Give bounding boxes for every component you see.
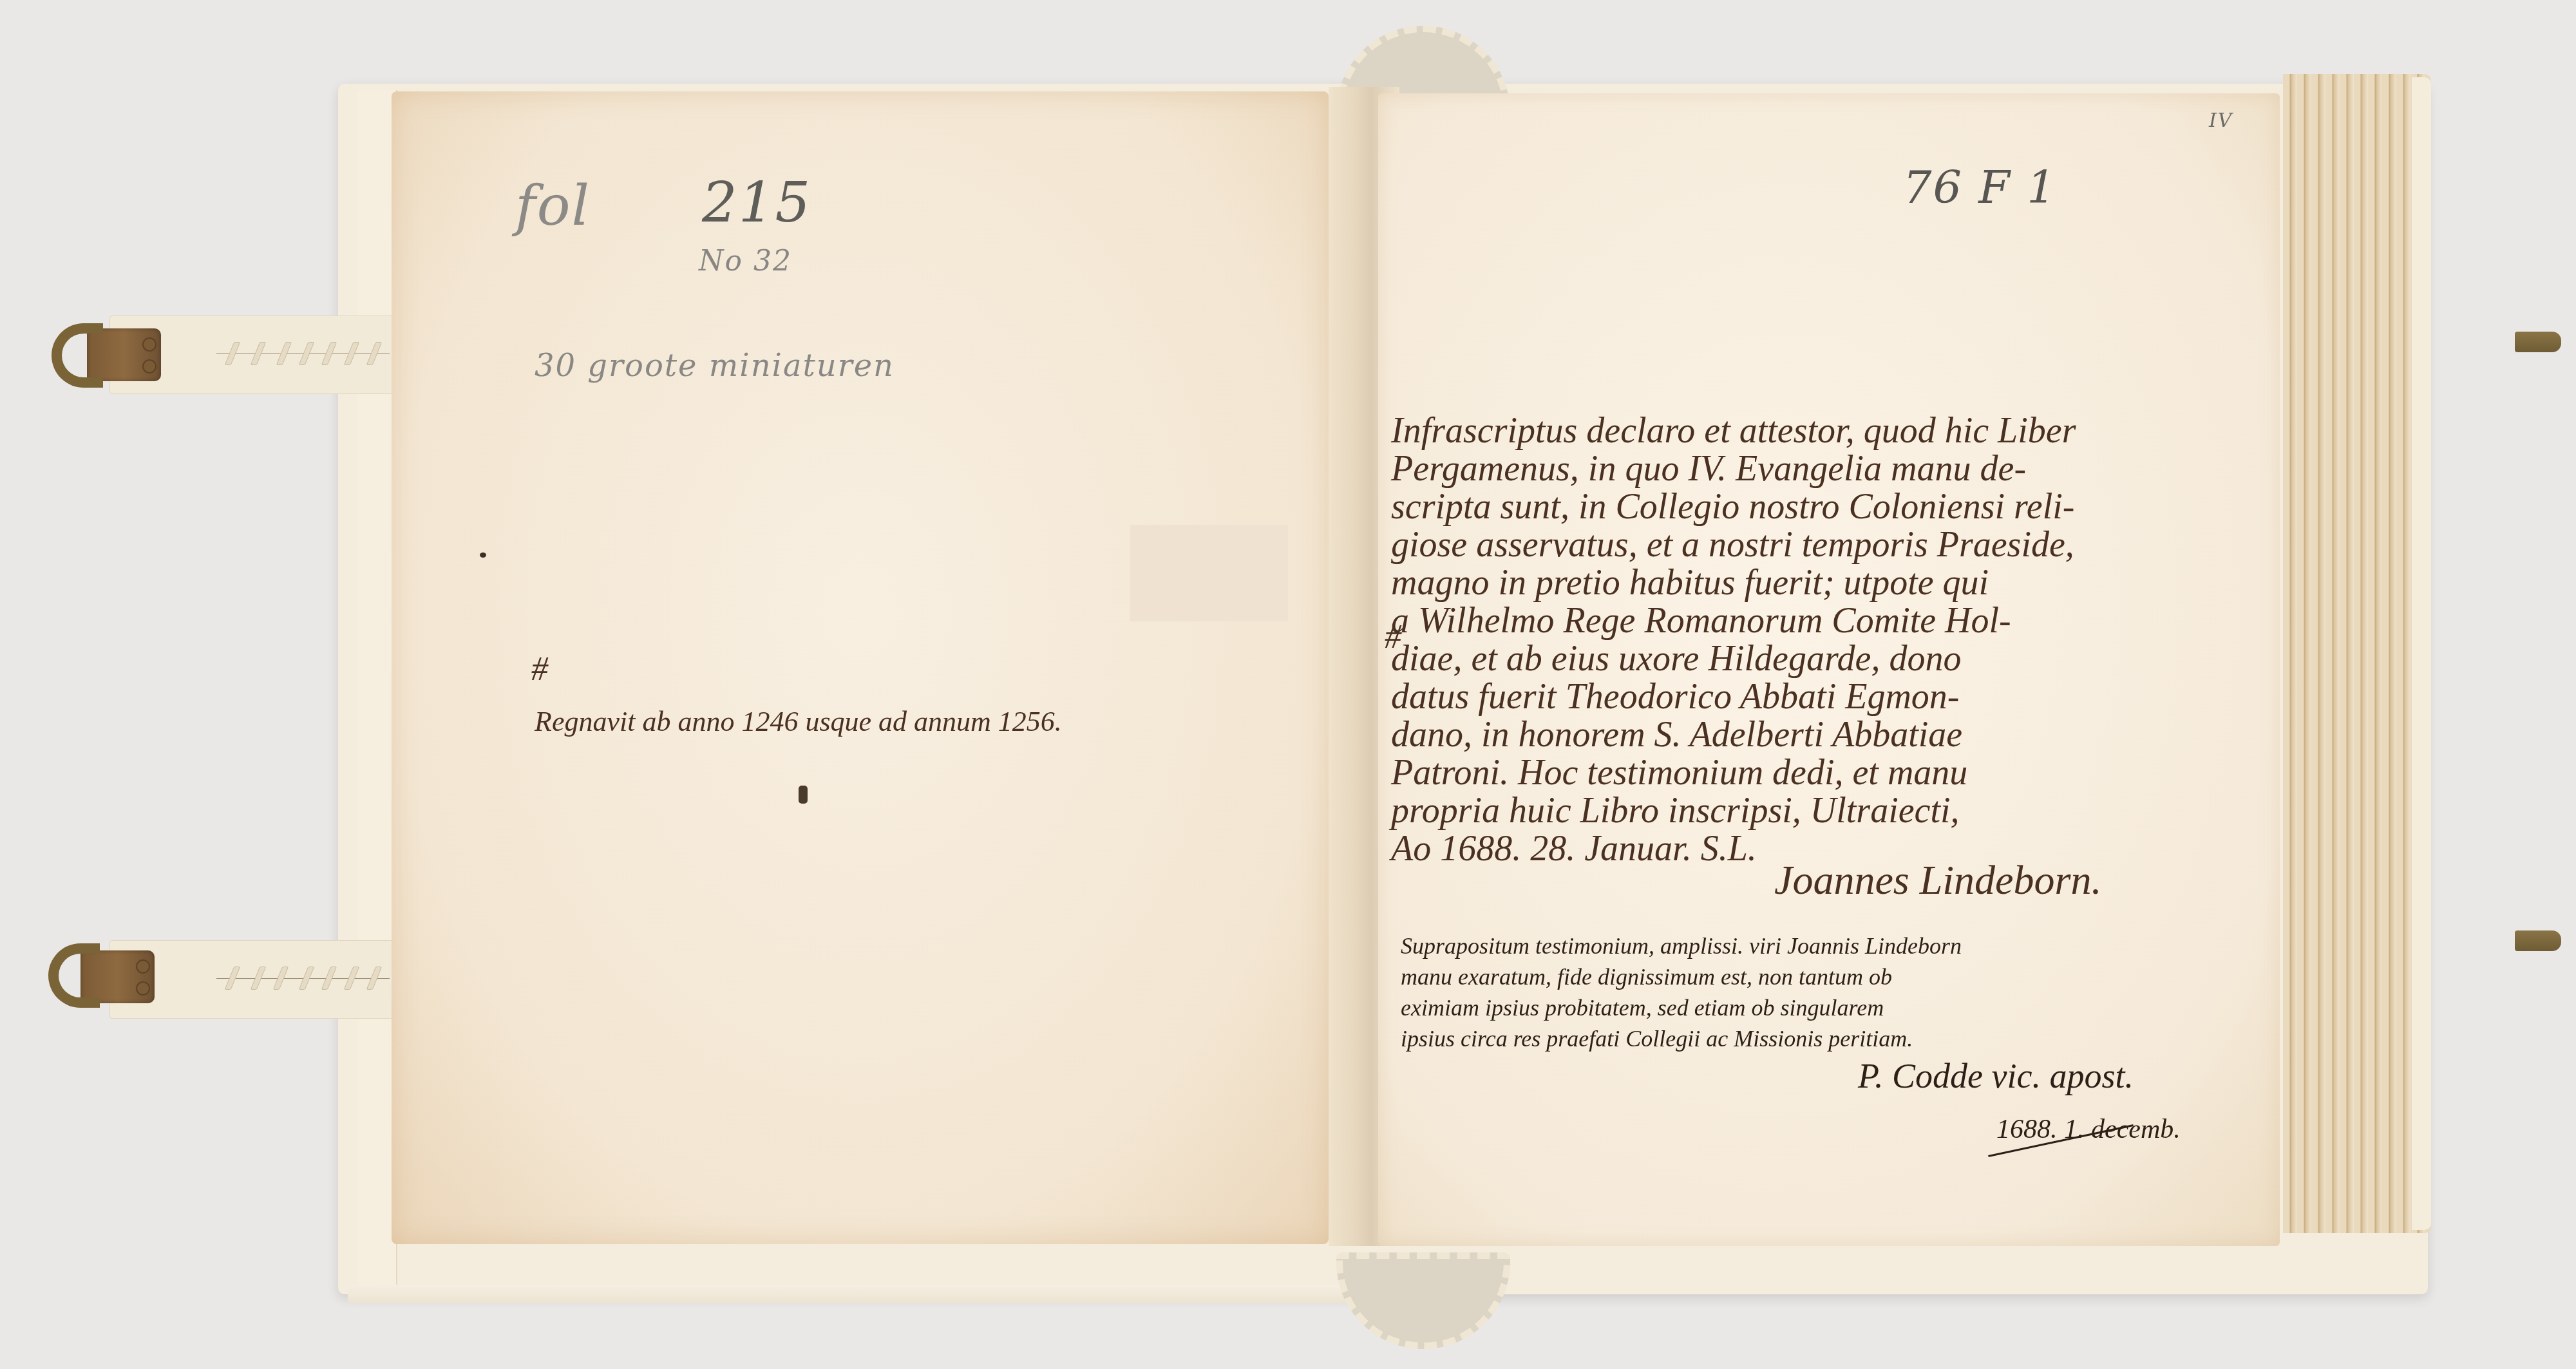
declaration-line: Patroni. Hoc testimonium dedi, et manu bbox=[1391, 754, 2228, 792]
attestation-text: Suprapositum testimonium, amplissi. viri… bbox=[1401, 930, 2238, 1054]
attestation-line: eximiam ipsius probitatem, sed etiam ob … bbox=[1401, 992, 2238, 1023]
declaration-line: Pergamenus, in quo IV. Evangelia manu de… bbox=[1391, 450, 2228, 488]
attestation-date: 1688. 1. decemb. bbox=[1996, 1114, 2181, 1145]
leather-tab-bottom bbox=[1336, 1252, 1510, 1349]
attestation-line: manu exaratum, fide dignissimum est, non… bbox=[1401, 961, 2238, 992]
ink-blot bbox=[799, 786, 808, 804]
page-edges bbox=[2283, 74, 2431, 1233]
declaration-line: magno in pretio habitus fuerit; utpote q… bbox=[1391, 564, 2228, 602]
clasp-ring-bottom-icon bbox=[48, 943, 100, 1008]
back-cover-edge bbox=[2412, 77, 2431, 1230]
pencil-item-number: No 32 bbox=[699, 245, 792, 278]
pencil-folio-number: 215 bbox=[702, 171, 811, 235]
declaration-line: dano, in honorem S. Adelberti Abbatiae bbox=[1391, 716, 2228, 754]
ink-note-regnavit: Regnavit ab anno 1246 usque ad annum 125… bbox=[535, 705, 1062, 738]
pencil-note: 30 groote miniaturen bbox=[535, 348, 895, 384]
signature-codde: P. Codde vic. apost. bbox=[1858, 1056, 2134, 1096]
declaration-line: giose asservatus, et a nostri temporis P… bbox=[1391, 526, 2228, 564]
declaration-line: datus fuerit Theodorico Abbati Egmon- bbox=[1391, 678, 2228, 716]
corner-numeral: IV bbox=[2209, 109, 2233, 132]
signature-lindeborn: Joannes Lindeborn. bbox=[1774, 856, 2101, 904]
ink-mark-hash: # bbox=[531, 650, 548, 688]
declaration-line: diae, et ab eius uxore Hildegarde, dono bbox=[1391, 640, 2228, 678]
ink-spot bbox=[480, 552, 486, 558]
paper-strip bbox=[1130, 525, 1288, 621]
declaration-line: propria huic Libro inscripsi, Ultraiecti… bbox=[1391, 792, 2228, 830]
attestation-line: Suprapositum testimonium, amplissi. viri… bbox=[1401, 930, 2238, 961]
declaration-line: scripta sunt, in Collegio nostro Colonie… bbox=[1391, 488, 2228, 526]
pencil-shelfmark: 76 F 1 bbox=[1903, 161, 2057, 214]
clasp-ring-top-icon bbox=[52, 323, 103, 388]
clasp-pin-bottom bbox=[2515, 930, 2561, 951]
declaration-line: a Wilhelmo Rege Romanorum Comite Hol- bbox=[1391, 602, 2228, 640]
declaration-text: Infrascriptus declaro et attestor, quod … bbox=[1391, 412, 2228, 868]
cover-edge bbox=[348, 1285, 1352, 1303]
clasp-pin-top bbox=[2515, 332, 2561, 352]
pencil-folio-label: fol bbox=[515, 174, 591, 238]
attestation-line: ipsius circa res praefati Collegii ac Mi… bbox=[1401, 1023, 2238, 1054]
declaration-line: Infrascriptus declaro et attestor, quod … bbox=[1391, 412, 2228, 450]
